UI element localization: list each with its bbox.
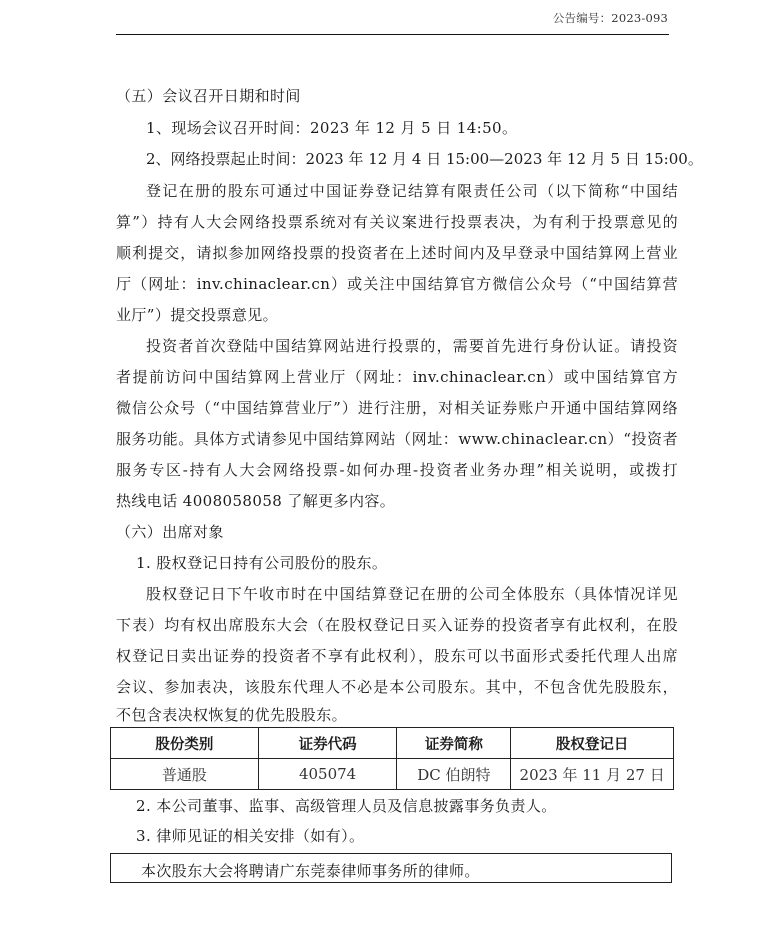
header-security-code: 证券代码	[258, 728, 397, 759]
paragraph-line: 业厅”）提交投票意见。	[116, 306, 278, 324]
paragraph-line: 算”）持有人大会网络投票系统对有关议案进行投票表决，为有利于投票意见的	[116, 213, 678, 231]
table-header-row: 股份类别 证券代码 证券简称 股权登记日	[111, 728, 674, 759]
paragraph-line: 厅（网址：inv.chinaclear.cn）或关注中国结算官方微信公众号（“中…	[116, 275, 678, 293]
attendee-item-2: 2. 本公司董事、监事、高级管理人员及信息披露事务负责人。	[136, 797, 557, 815]
share-registration-table: 股份类别 证券代码 证券简称 股权登记日 普通股 405074 DC 伯朗特 2…	[110, 727, 674, 790]
paragraph-line: 下表）均有权出席股东大会（在股权登记日买入证券的投资者享有此权利，在股	[116, 616, 678, 634]
paragraph-line: 会议、参加表决，该股东代理人不必是本公司股东。其中，不包含优先股股东，	[116, 678, 678, 696]
section-title-attendees: （六）出席对象	[116, 523, 224, 541]
paragraph-line: 服务功能。具体方式请参见中国结算网站（网址：www.chinaclear.cn）…	[116, 430, 678, 448]
paragraph-line: 不包含表决权恢复的优先股股东。	[116, 706, 347, 724]
cell-record-date: 2023 年 11 月 27 日	[511, 759, 674, 790]
attendee-item-3: 3. 律师见证的相关安排（如有）。	[136, 827, 364, 845]
cell-share-type: 普通股	[111, 759, 259, 790]
section-title-meeting-time: （五）会议召开日期和时间	[116, 87, 301, 105]
paragraph-line: 权登记日卖出证券的投资者不享有此权利），股东可以书面形式委托代理人出席	[116, 647, 678, 665]
paragraph-line: 者提前访问中国结算网上营业厅（网址：inv.chinaclear.cn）或中国结…	[116, 368, 678, 386]
onsite-meeting-time: 1、现场会议召开时间：2023 年 12 月 5 日 14:50。	[146, 119, 517, 137]
header-share-type: 股份类别	[111, 728, 259, 759]
attendee-item-1: 1. 股权登记日持有公司股份的股东。	[136, 554, 387, 572]
lawyer-note-box: 本次股东大会将聘请广东莞泰律师事务所的律师。	[110, 853, 672, 883]
header-record-date: 股权登记日	[511, 728, 674, 759]
table-row: 普通股 405074 DC 伯朗特 2023 年 11 月 27 日	[111, 759, 674, 790]
online-voting-period: 2、网络投票起止时间：2023 年 12 月 4 日 15:00—2023 年 …	[146, 150, 703, 168]
paragraph-line: 顺利提交，请拟参加网络投票的投资者在上述时间内及早登录中国结算网上营业	[116, 244, 678, 262]
paragraph-line: 微信公众号（“中国结算营业厅”）进行注册，对相关证券账户开通中国结算网络	[116, 399, 678, 417]
paragraph-line: 热线电话 4008058058 了解更多内容。	[116, 492, 395, 510]
paragraph-line: 股权登记日下午收市时在中国结算登记在册的公司全体股东（具体情况详见	[146, 585, 678, 603]
paragraph-line: 投资者首次登陆中国结算网站进行投票的，需要首先进行身份认证。请投资	[146, 337, 678, 355]
header-security-abbr: 证券简称	[397, 728, 511, 759]
paragraph-line: 登记在册的股东可通过中国证券登记结算有限责任公司（以下简称“中国结	[146, 182, 678, 200]
lawyer-note: 本次股东大会将聘请广东莞泰律师事务所的律师。	[141, 860, 480, 881]
header-divider	[116, 34, 669, 35]
announcement-number: 公告编号：2023-093	[553, 10, 668, 26]
paragraph-line: 服务专区-持有人大会网络投票-如何办理-投资者业务办理”相关说明，或拨打	[116, 461, 678, 479]
cell-security-abbr: DC 伯朗特	[397, 759, 511, 790]
cell-security-code: 405074	[258, 759, 397, 790]
